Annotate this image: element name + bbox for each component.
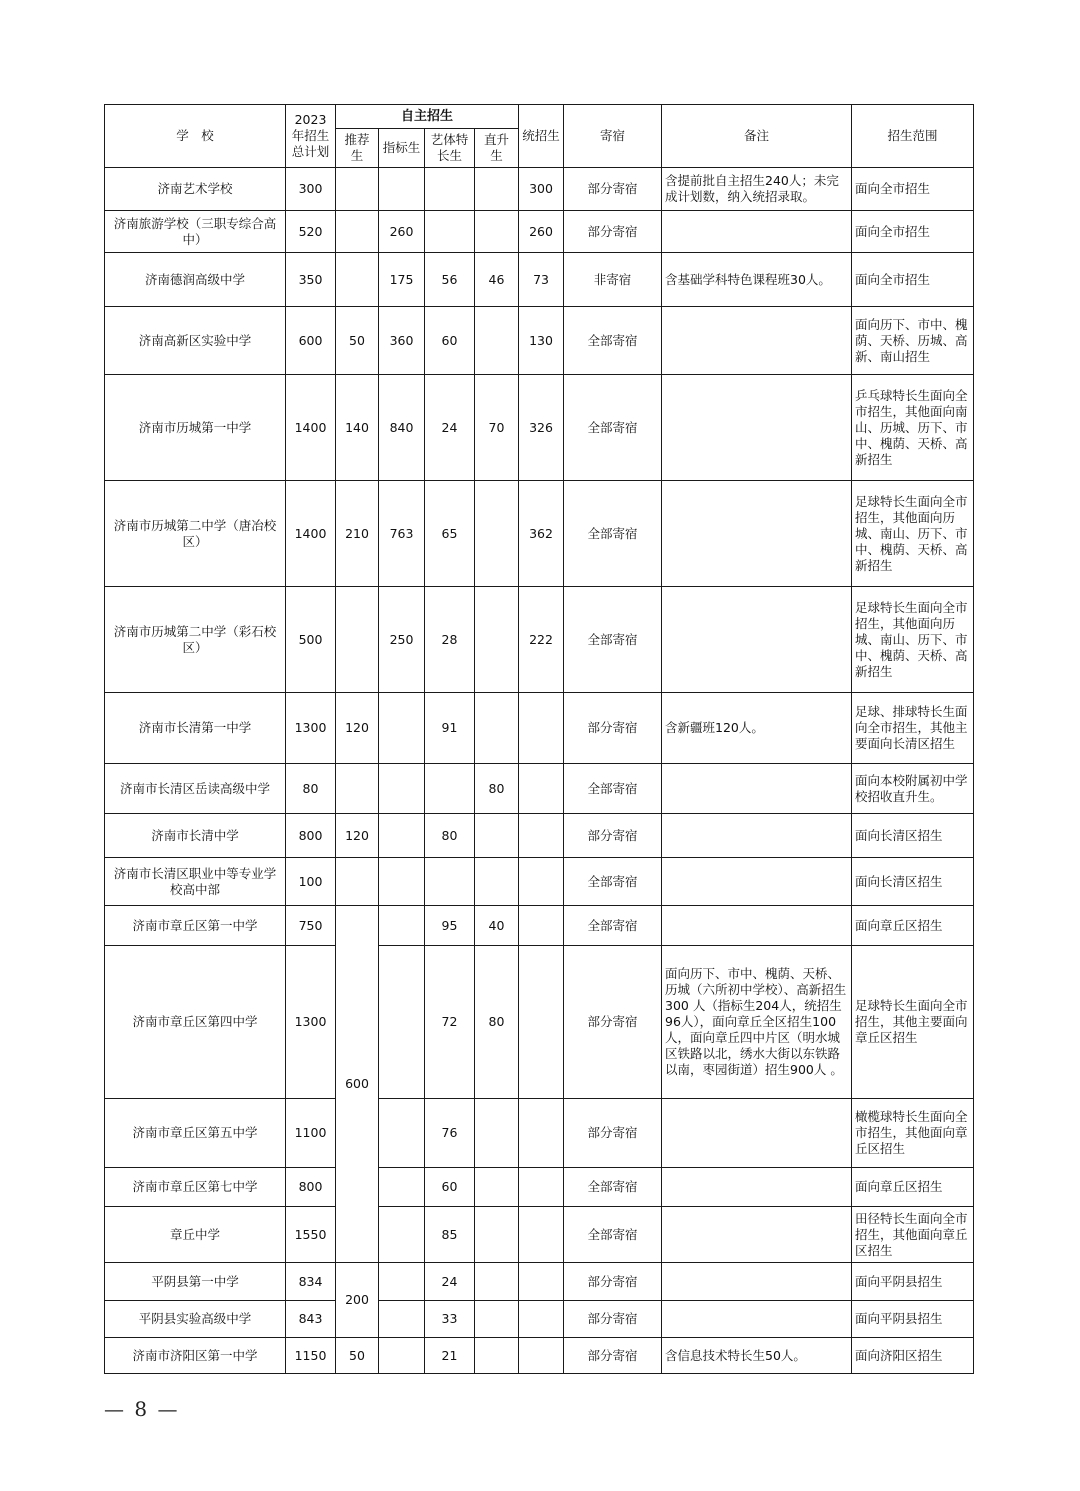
cell-scope: 田径特长生面向全市招生，其他面向章丘区招生 [852, 1207, 974, 1263]
cell-recommend: 120 [336, 693, 379, 764]
cell-school: 济南市历城第一中学 [105, 375, 286, 481]
cell-total: 1400 [286, 481, 336, 587]
cell-notes [662, 1099, 852, 1168]
cell-scope: 面向平阴县招生 [852, 1263, 974, 1301]
cell-quota [379, 764, 425, 814]
cell-unified: 130 [519, 307, 564, 375]
cell-scope: 面向本校附属初中学校招收直升生。 [852, 764, 974, 814]
cell-direct [475, 481, 519, 587]
cell-notes [662, 1207, 852, 1263]
cell-school: 济南旅游学校（三职专综合高中） [105, 211, 286, 253]
cell-arts: 91 [425, 693, 475, 764]
cell-scope: 足球特长生面向全市招生，其他面向历城、南山、历下、市中、槐荫、天桥、高新招生 [852, 481, 974, 587]
cell-quota: 360 [379, 307, 425, 375]
cell-quota [379, 1099, 425, 1168]
cell-boarding: 全部寄宿 [564, 481, 662, 587]
cell-school: 济南艺术学校 [105, 168, 286, 211]
cell-school: 济南德润高级中学 [105, 253, 286, 307]
cell-recommend-merged: 200 [336, 1263, 379, 1338]
cell-direct: 46 [475, 253, 519, 307]
cell-direct: 70 [475, 375, 519, 481]
cell-unified [519, 1207, 564, 1263]
header-arts-sports: 艺体特长生 [425, 129, 475, 168]
cell-unified [519, 946, 564, 1099]
cell-notes: 含提前批自主招生240人；未完成计划数，纳入统招录取。 [662, 168, 852, 211]
cell-unified: 260 [519, 211, 564, 253]
table-row: 济南市历城第二中学（唐冶校区）140021076365362全部寄宿足球特长生面… [105, 481, 974, 587]
cell-total: 1300 [286, 693, 336, 764]
cell-total: 834 [286, 1263, 336, 1301]
cell-notes: 含基础学科特色课程班30人。 [662, 253, 852, 307]
cell-scope: 足球特长生面向全市招生，其他主要面向章丘区招生 [852, 946, 974, 1099]
cell-boarding: 全部寄宿 [564, 1168, 662, 1207]
cell-boarding: 全部寄宿 [564, 906, 662, 946]
cell-scope: 面向平阴县招生 [852, 1301, 974, 1338]
cell-boarding: 部分寄宿 [564, 1263, 662, 1301]
cell-unified [519, 906, 564, 946]
cell-unified [519, 693, 564, 764]
cell-scope: 足球特长生面向全市招生，其他面向历城、南山、历下、市中、槐荫、天桥、高新招生 [852, 587, 974, 693]
cell-unified: 222 [519, 587, 564, 693]
cell-arts: 21 [425, 1338, 475, 1374]
cell-school: 济南高新区实验中学 [105, 307, 286, 375]
cell-notes [662, 814, 852, 858]
cell-direct [475, 307, 519, 375]
cell-school: 济南市济阳区第一中学 [105, 1338, 286, 1374]
cell-direct: 80 [475, 946, 519, 1099]
table-row: 章丘中学155085全部寄宿田径特长生面向全市招生，其他面向章丘区招生 [105, 1207, 974, 1263]
cell-total: 1300 [286, 946, 336, 1099]
cell-direct: 40 [475, 906, 519, 946]
table-row: 济南市长清区岳读高级中学8080全部寄宿面向本校附属初中学校招收直升生。 [105, 764, 974, 814]
cell-quota [379, 1207, 425, 1263]
cell-scope: 面向全市招生 [852, 253, 974, 307]
cell-arts [425, 858, 475, 906]
page-number: — 8 — [104, 1397, 179, 1421]
cell-arts: 76 [425, 1099, 475, 1168]
cell-school: 济南市章丘区第七中学 [105, 1168, 286, 1207]
cell-arts: 24 [425, 1263, 475, 1301]
cell-total: 80 [286, 764, 336, 814]
cell-boarding: 全部寄宿 [564, 307, 662, 375]
cell-quota: 840 [379, 375, 425, 481]
cell-unified: 326 [519, 375, 564, 481]
cell-school: 平阴县实验高级中学 [105, 1301, 286, 1338]
cell-unified: 300 [519, 168, 564, 211]
cell-scope: 橄榄球特长生面向全市招生，其他面向章丘区招生 [852, 1099, 974, 1168]
cell-quota [379, 168, 425, 211]
header-plan-total: 2023年招生总计划 [286, 105, 336, 168]
cell-notes [662, 1263, 852, 1301]
table-row: 济南高新区实验中学6005036060130全部寄宿面向历下、市中、槐荫、天桥、… [105, 307, 974, 375]
header-notes: 备注 [662, 105, 852, 168]
cell-unified: 362 [519, 481, 564, 587]
cell-scope: 足球、排球特长生面向全市招生，其他主要面向长清区招生 [852, 693, 974, 764]
cell-quota [379, 693, 425, 764]
cell-recommend [336, 168, 379, 211]
cell-notes: 含新疆班120人。 [662, 693, 852, 764]
cell-recommend [336, 211, 379, 253]
cell-notes [662, 307, 852, 375]
cell-unified: 73 [519, 253, 564, 307]
table-row: 平阴县第一中学83420024部分寄宿面向平阴县招生 [105, 1263, 974, 1301]
cell-quota [379, 906, 425, 946]
cell-unified [519, 1301, 564, 1338]
table-row: 济南市长清区职业中等专业学校高中部100全部寄宿面向长清区招生 [105, 858, 974, 906]
cell-notes [662, 906, 852, 946]
cell-direct [475, 211, 519, 253]
cell-direct [475, 587, 519, 693]
cell-boarding: 部分寄宿 [564, 1301, 662, 1338]
cell-scope: 面向全市招生 [852, 168, 974, 211]
cell-total: 100 [286, 858, 336, 906]
cell-total: 843 [286, 1301, 336, 1338]
cell-school: 济南市长清区职业中等专业学校高中部 [105, 858, 286, 906]
cell-school: 平阴县第一中学 [105, 1263, 286, 1301]
cell-scope: 面向章丘区招生 [852, 1168, 974, 1207]
cell-total: 520 [286, 211, 336, 253]
cell-direct [475, 1263, 519, 1301]
cell-quota [379, 1263, 425, 1301]
cell-school: 济南市章丘区第五中学 [105, 1099, 286, 1168]
cell-unified [519, 858, 564, 906]
cell-quota: 763 [379, 481, 425, 587]
cell-boarding: 部分寄宿 [564, 168, 662, 211]
cell-total: 800 [286, 1168, 336, 1207]
cell-boarding: 部分寄宿 [564, 1099, 662, 1168]
cell-direct [475, 814, 519, 858]
header-boarding: 寄宿 [564, 105, 662, 168]
cell-arts: 65 [425, 481, 475, 587]
cell-quota [379, 946, 425, 1099]
table-row: 济南市长清中学80012080部分寄宿面向长清区招生 [105, 814, 974, 858]
cell-recommend [336, 764, 379, 814]
cell-school: 济南市章丘区第四中学 [105, 946, 286, 1099]
cell-scope: 面向济阳区招生 [852, 1338, 974, 1374]
cell-school: 济南市章丘区第一中学 [105, 906, 286, 946]
cell-boarding: 部分寄宿 [564, 693, 662, 764]
cell-recommend-merged: 600 [336, 906, 379, 1263]
cell-boarding: 全部寄宿 [564, 764, 662, 814]
table-row: 济南市章丘区第一中学7506009540全部寄宿面向章丘区招生 [105, 906, 974, 946]
cell-notes [662, 1301, 852, 1338]
header-school: 学 校 [105, 105, 286, 168]
table-row: 济南旅游学校（三职专综合高中）520260260部分寄宿面向全市招生 [105, 211, 974, 253]
cell-recommend [336, 587, 379, 693]
cell-notes [662, 481, 852, 587]
cell-direct [475, 1301, 519, 1338]
cell-total: 350 [286, 253, 336, 307]
cell-total: 750 [286, 906, 336, 946]
cell-quota: 250 [379, 587, 425, 693]
cell-quota [379, 1338, 425, 1374]
table-row: 济南市济阳区第一中学11505021部分寄宿含信息技术特长生50人。面向济阳区招… [105, 1338, 974, 1374]
cell-arts [425, 211, 475, 253]
cell-direct [475, 1207, 519, 1263]
cell-recommend: 120 [336, 814, 379, 858]
cell-arts: 80 [425, 814, 475, 858]
cell-notes [662, 1168, 852, 1207]
cell-total: 600 [286, 307, 336, 375]
cell-arts [425, 764, 475, 814]
cell-boarding: 全部寄宿 [564, 858, 662, 906]
cell-direct: 80 [475, 764, 519, 814]
header-direct: 直升生 [475, 129, 519, 168]
cell-scope: 面向历下、市中、槐荫、天桥、历城、高新、南山招生 [852, 307, 974, 375]
cell-total: 1550 [286, 1207, 336, 1263]
cell-school: 济南市历城第二中学（彩石校区） [105, 587, 286, 693]
cell-quota [379, 858, 425, 906]
cell-total: 1100 [286, 1099, 336, 1168]
cell-unified [519, 1099, 564, 1168]
cell-total: 1400 [286, 375, 336, 481]
cell-school: 济南市长清区岳读高级中学 [105, 764, 286, 814]
cell-direct [475, 858, 519, 906]
enrollment-plan-table: 学 校 2023年招生总计划 自主招生 统招生 寄宿 备注 招生范围 推荐生 指… [104, 104, 974, 1374]
cell-unified [519, 764, 564, 814]
cell-direct [475, 1168, 519, 1207]
cell-total: 1150 [286, 1338, 336, 1374]
cell-notes [662, 764, 852, 814]
cell-total: 300 [286, 168, 336, 211]
cell-scope: 面向长清区招生 [852, 814, 974, 858]
cell-direct [475, 168, 519, 211]
cell-total: 500 [286, 587, 336, 693]
cell-recommend: 50 [336, 307, 379, 375]
cell-direct [475, 693, 519, 764]
cell-quota [379, 814, 425, 858]
cell-quota [379, 1168, 425, 1207]
cell-recommend [336, 858, 379, 906]
cell-scope: 面向章丘区招生 [852, 906, 974, 946]
header-quota: 指标生 [379, 129, 425, 168]
cell-notes: 含信息技术特长生50人。 [662, 1338, 852, 1374]
cell-notes [662, 211, 852, 253]
cell-scope: 乒乓球特长生面向全市招生，其他面向南山、历城、历下、市中、槐荫、天桥、高新招生 [852, 375, 974, 481]
cell-recommend [336, 253, 379, 307]
cell-boarding: 全部寄宿 [564, 375, 662, 481]
table-row: 济南德润高级中学350175564673非寄宿含基础学科特色课程班30人。面向全… [105, 253, 974, 307]
table-row: 济南市长清第一中学130012091部分寄宿含新疆班120人。足球、排球特长生面… [105, 693, 974, 764]
table-row: 平阴县实验高级中学84333部分寄宿面向平阴县招生 [105, 1301, 974, 1338]
table-row: 济南市章丘区第七中学80060全部寄宿面向章丘区招生 [105, 1168, 974, 1207]
table-row: 济南市历城第一中学14001408402470326全部寄宿乒乓球特长生面向全市… [105, 375, 974, 481]
cell-boarding: 部分寄宿 [564, 1338, 662, 1374]
cell-recommend: 210 [336, 481, 379, 587]
cell-arts [425, 168, 475, 211]
cell-direct [475, 1338, 519, 1374]
cell-boarding: 全部寄宿 [564, 587, 662, 693]
cell-quota: 260 [379, 211, 425, 253]
header-self-enrollment: 自主招生 [336, 105, 519, 129]
cell-arts: 85 [425, 1207, 475, 1263]
table-row: 济南市历城第二中学（彩石校区）50025028222全部寄宿足球特长生面向全市招… [105, 587, 974, 693]
table-row: 济南市章丘区第四中学13007280部分寄宿面向历下、市中、槐荫、天桥、历城（六… [105, 946, 974, 1099]
cell-arts: 60 [425, 1168, 475, 1207]
cell-direct [475, 1099, 519, 1168]
cell-unified [519, 1263, 564, 1301]
cell-school: 济南市长清第一中学 [105, 693, 286, 764]
cell-school: 济南市历城第二中学（唐冶校区） [105, 481, 286, 587]
cell-boarding: 全部寄宿 [564, 1207, 662, 1263]
cell-scope: 面向长清区招生 [852, 858, 974, 906]
cell-quota: 175 [379, 253, 425, 307]
cell-recommend: 50 [336, 1338, 379, 1374]
cell-scope: 面向全市招生 [852, 211, 974, 253]
cell-notes [662, 858, 852, 906]
cell-boarding: 部分寄宿 [564, 814, 662, 858]
cell-notes: 面向历下、市中、槐荫、天桥、历城（六所初中学校）、高新招生300 人（指标生20… [662, 946, 852, 1099]
cell-unified [519, 1168, 564, 1207]
cell-unified [519, 1338, 564, 1374]
cell-boarding: 部分寄宿 [564, 211, 662, 253]
cell-arts: 95 [425, 906, 475, 946]
table-row: 济南市章丘区第五中学110076部分寄宿橄榄球特长生面向全市招生，其他面向章丘区… [105, 1099, 974, 1168]
cell-notes [662, 375, 852, 481]
cell-school: 章丘中学 [105, 1207, 286, 1263]
cell-arts: 33 [425, 1301, 475, 1338]
header-recommend: 推荐生 [336, 129, 379, 168]
cell-arts: 72 [425, 946, 475, 1099]
cell-arts: 60 [425, 307, 475, 375]
cell-quota [379, 1301, 425, 1338]
cell-arts: 24 [425, 375, 475, 481]
cell-unified [519, 814, 564, 858]
cell-boarding: 部分寄宿 [564, 946, 662, 1099]
cell-recommend: 140 [336, 375, 379, 481]
cell-notes [662, 587, 852, 693]
table-row: 济南艺术学校300300部分寄宿含提前批自主招生240人；未完成计划数，纳入统招… [105, 168, 974, 211]
header-scope: 招生范围 [852, 105, 974, 168]
cell-total: 800 [286, 814, 336, 858]
cell-arts: 28 [425, 587, 475, 693]
cell-school: 济南市长清中学 [105, 814, 286, 858]
cell-boarding: 非寄宿 [564, 253, 662, 307]
header-unified: 统招生 [519, 105, 564, 168]
cell-arts: 56 [425, 253, 475, 307]
